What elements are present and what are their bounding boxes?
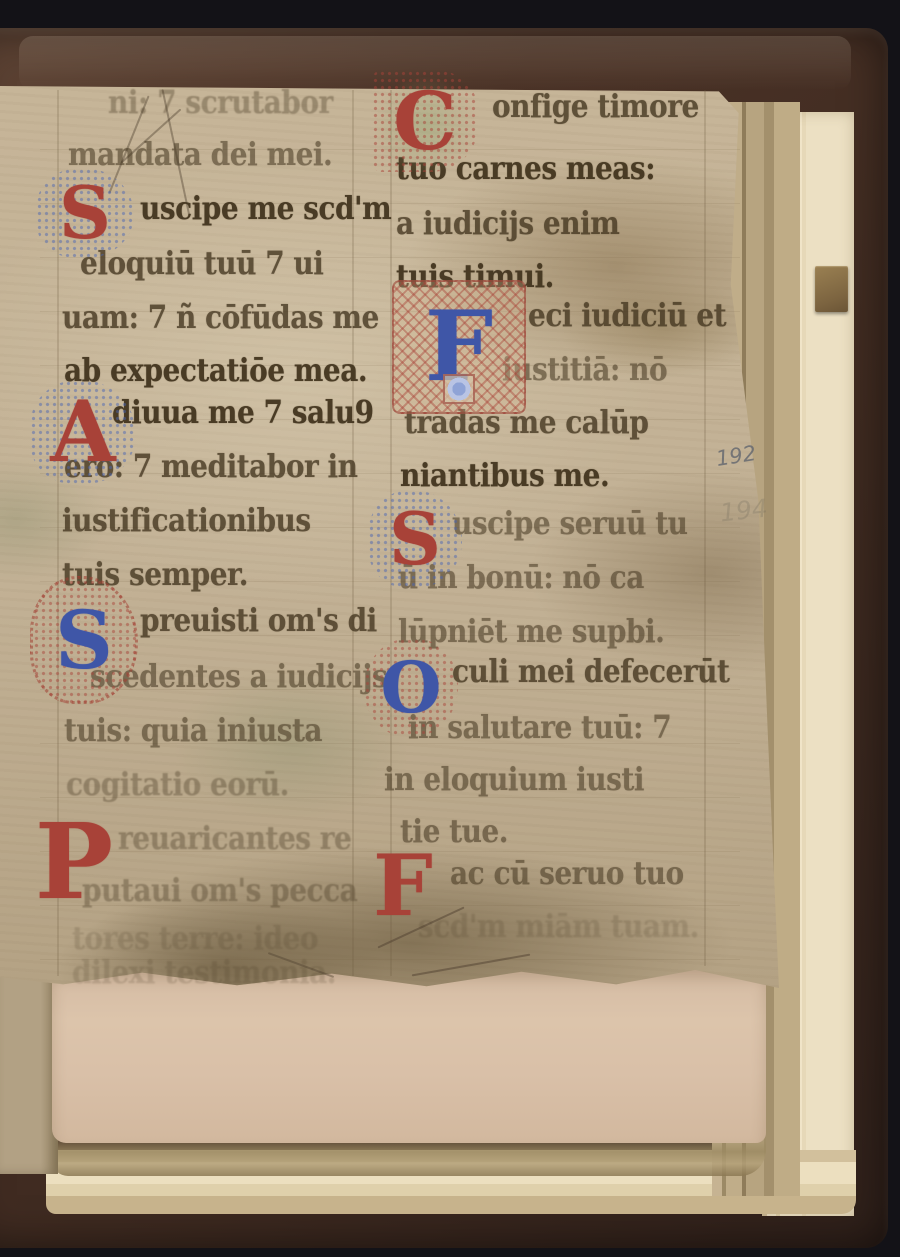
bookmark-tab [815, 266, 848, 312]
text-line: diuua me 7 salu9 [112, 394, 374, 431]
manuscript-photo: ni: 7 scrutabor mandata dei mei. uscipe … [0, 0, 900, 1257]
illuminated-initial-s: S [36, 168, 134, 258]
text-line: onfige timore [492, 88, 699, 125]
repair-paper-patch [52, 968, 766, 1143]
initial-letter: A [50, 390, 115, 474]
initial-letter: C [393, 81, 457, 161]
text-line: uscipe seruū tu [452, 505, 688, 542]
illuminated-initial-a: A [30, 380, 136, 484]
initial-letter: F [373, 844, 433, 928]
illuminated-initial-c: C [372, 70, 478, 172]
initial-ornament-square [443, 374, 475, 404]
illuminated-initial-p: P [38, 798, 110, 926]
text-line: preuisti om's di [140, 602, 377, 639]
initial-letter: S [389, 503, 441, 575]
text-line: ac cū seruo tuo [450, 855, 684, 892]
text-line: eci iudiciū et [528, 297, 726, 334]
text-line: dilexi testimonia. [72, 954, 336, 991]
column-rule-right [704, 90, 706, 966]
text-line: scd'm miām tuam. [418, 908, 699, 945]
text-line: mandata dei mei. [68, 136, 332, 173]
initial-letter: O [381, 653, 442, 723]
text-line: eloquiū tuū 7 ui [80, 245, 323, 282]
folio-number-ghost: 194 [719, 494, 769, 528]
text-line: tuis: quia iniusta [64, 712, 322, 749]
text-line: a iudicijs enim [396, 205, 619, 242]
illuminated-initial-s-right: S [368, 490, 462, 588]
text-line: niantibus me. [400, 457, 609, 494]
text-line: lūpniēt me supbi. [398, 613, 664, 650]
text-line: reuaricantes re [118, 820, 351, 857]
text-line: culi mei defecerūt [452, 653, 729, 690]
initial-letter: P [35, 810, 113, 914]
illuminated-initial-o: O [364, 638, 458, 738]
text-line: ni: 7 scrutabor [108, 84, 333, 121]
illuminated-initial-f2: F [366, 838, 440, 934]
text-line: putaui om's pecca [82, 872, 357, 909]
initial-letter: S [55, 600, 113, 680]
text-line: uam: 7 ñ cōfūdas me [62, 299, 379, 336]
illuminated-initial-f-panel: F [392, 280, 526, 414]
text-line: uscipe me scd'm [140, 190, 391, 227]
initial-letter: S [59, 177, 111, 249]
text-line: iustitiā: nō [502, 351, 667, 388]
illuminated-initial-s-blue: S [30, 576, 138, 704]
text-line: iustificationibus [62, 502, 311, 539]
text-line: in eloquium iusti [384, 761, 644, 798]
